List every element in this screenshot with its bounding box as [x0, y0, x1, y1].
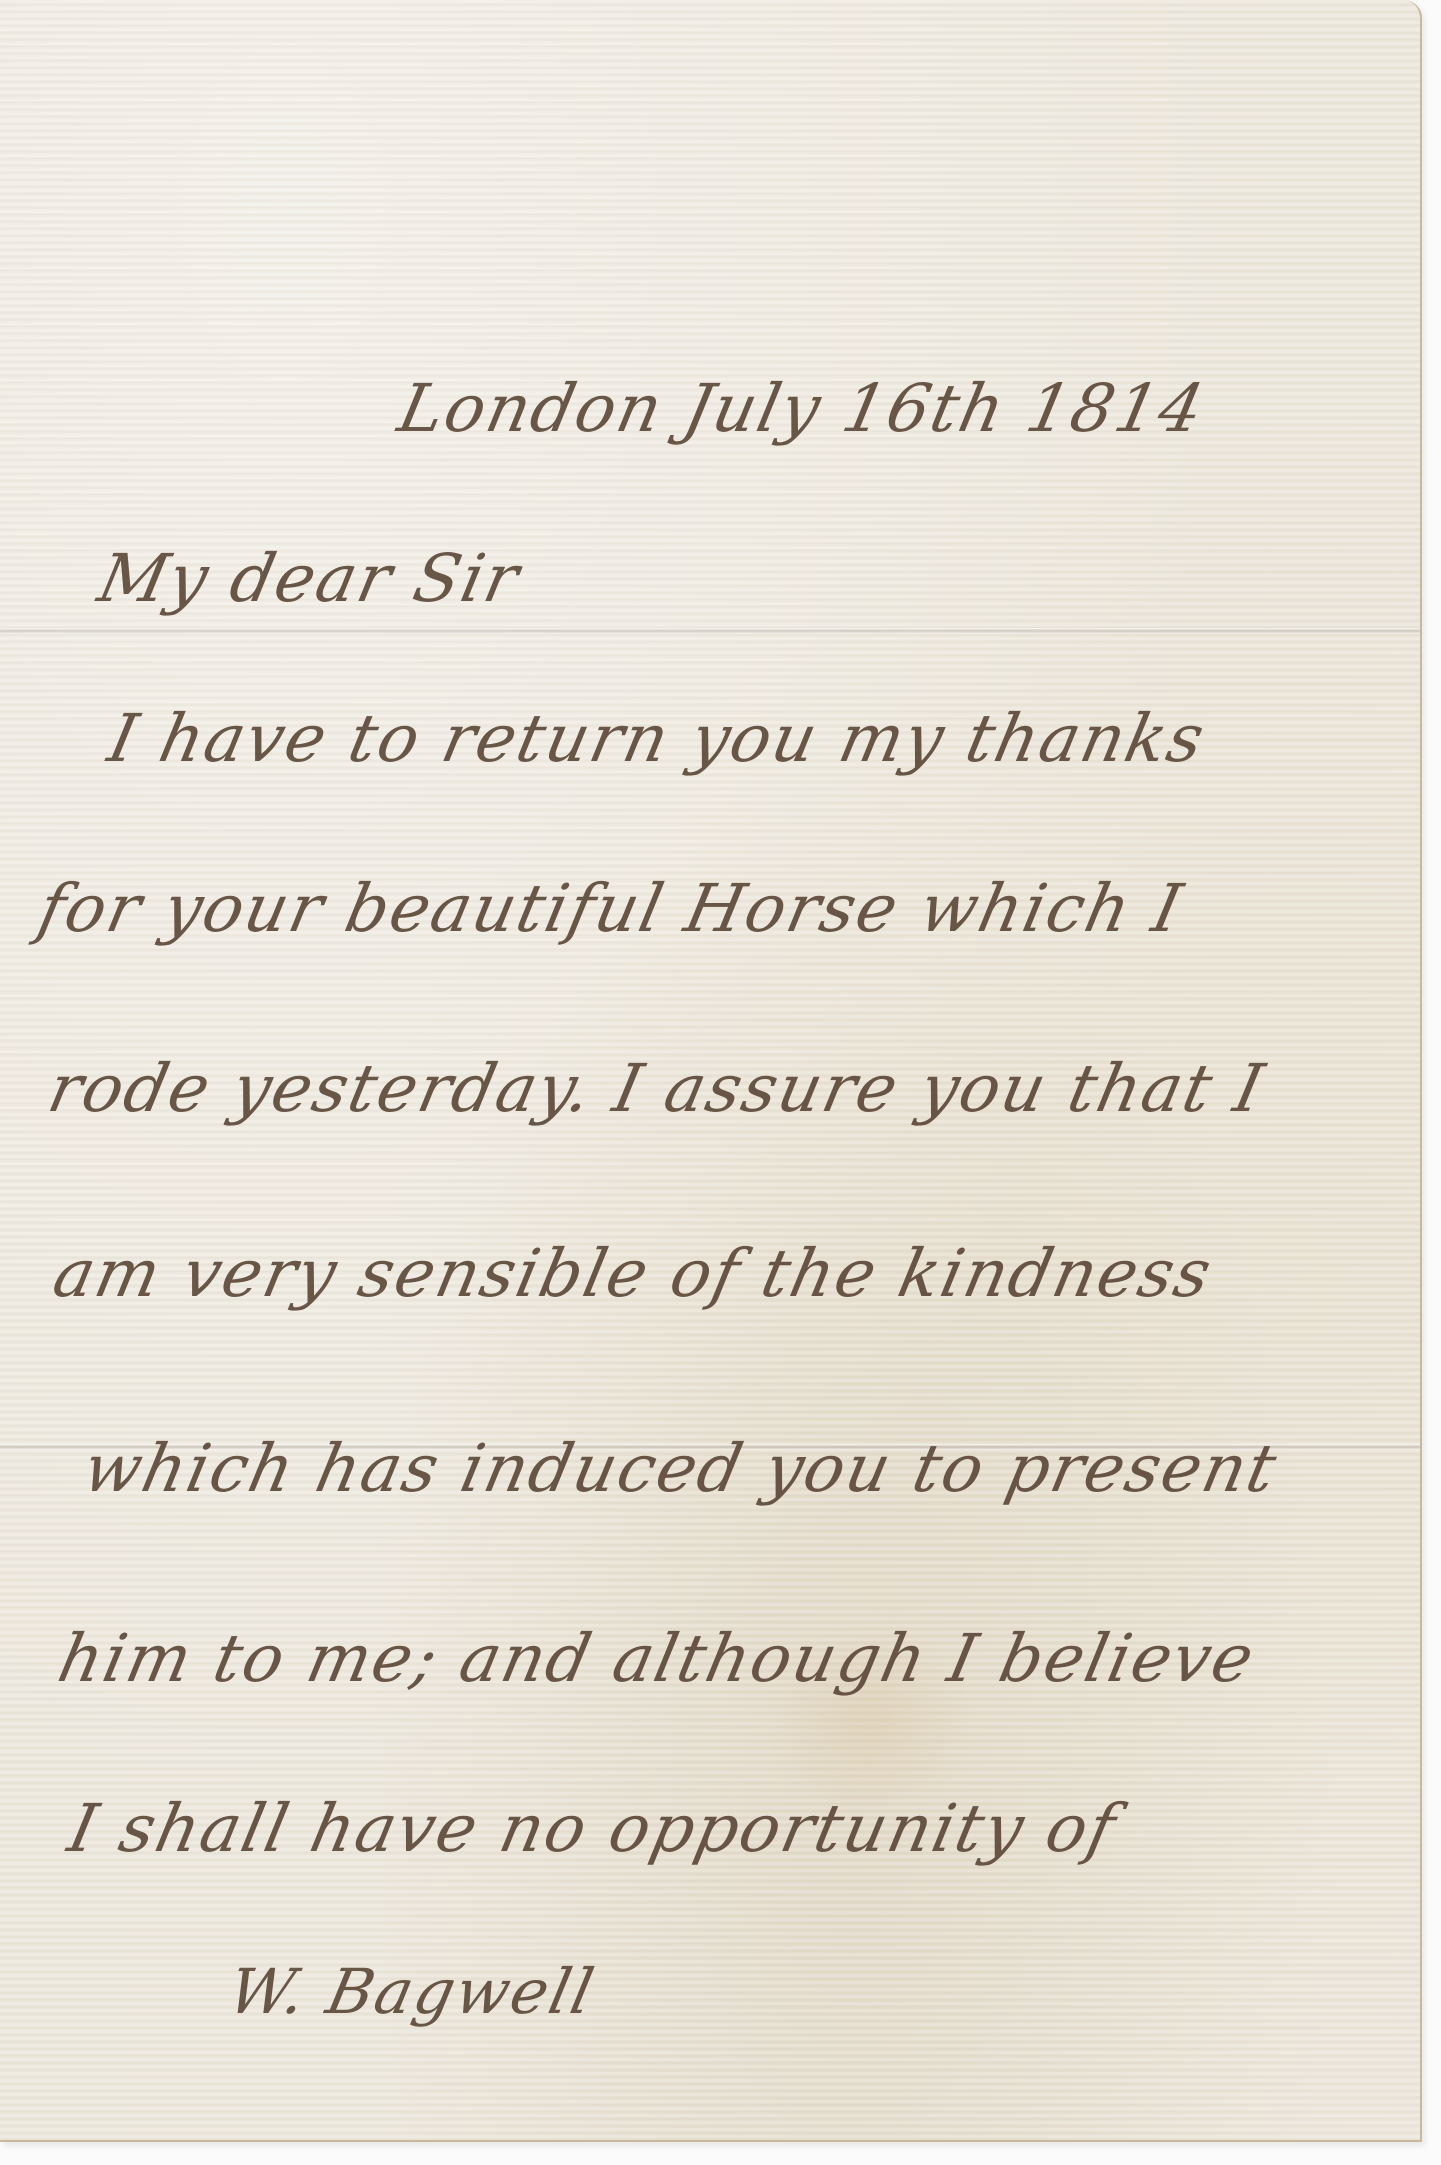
body-line: I shall have no opportunity of: [62, 1790, 1124, 1867]
body-line: which has induced you to present: [77, 1430, 1285, 1507]
letter-page: London July 16th 1814 My dear Sir I have…: [0, 0, 1422, 2142]
signature: W. Bagwell: [222, 1955, 601, 2028]
body-line: rode yesterday. I assure you that I: [42, 1050, 1272, 1127]
body-line: I have to return you my thanks: [102, 700, 1213, 777]
fold-crease-upper: [0, 628, 1420, 634]
dateline: London July 16th 1814: [392, 370, 1212, 447]
body-line: am very sensible of the kindness: [47, 1235, 1220, 1312]
salutation: My dear Sir: [92, 540, 527, 617]
body-line: him to me; and although I believe: [52, 1620, 1262, 1697]
body-line: for your beautiful Horse which I: [32, 870, 1190, 947]
